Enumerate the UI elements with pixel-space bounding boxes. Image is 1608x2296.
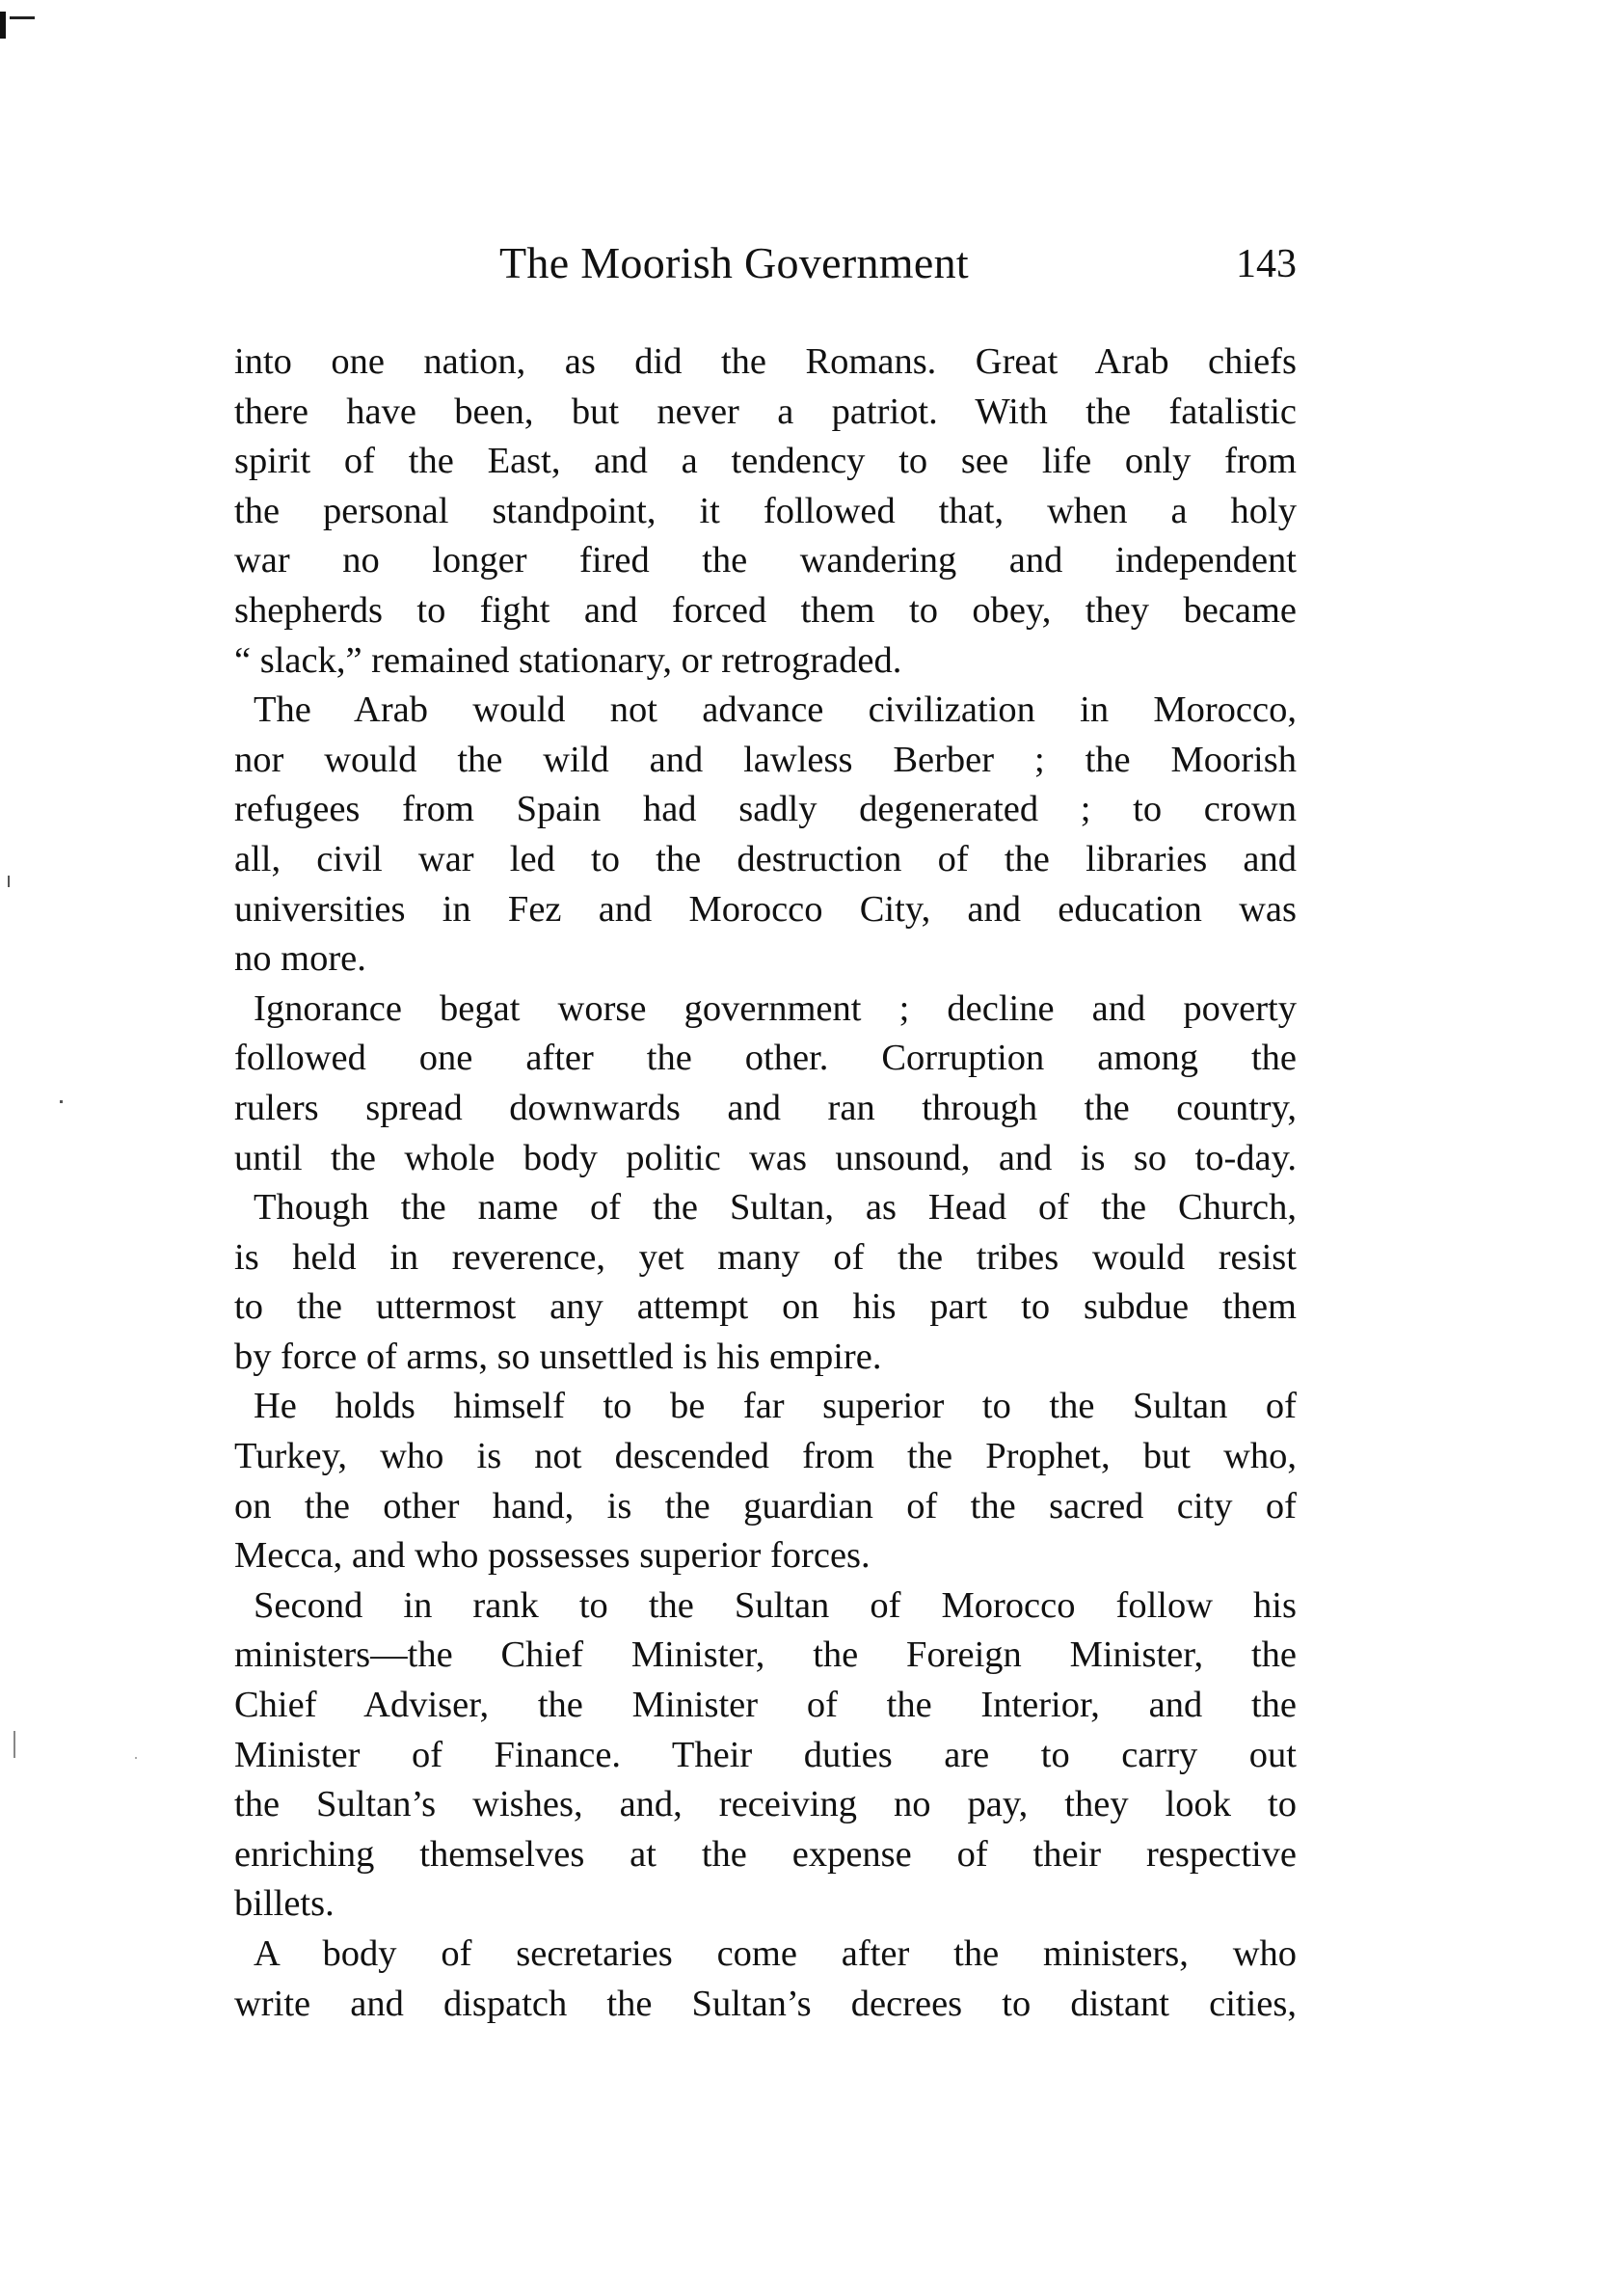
text-line: all, civil war led to the destruction of…: [234, 835, 1297, 885]
text-line: Ignorance begat worse government ; decli…: [234, 985, 1297, 1035]
text-line: rulers spread downwards and ran through …: [234, 1084, 1297, 1134]
text-line: “ slack,” remained stationary, or retrog…: [234, 636, 1297, 687]
text-line: ministers—the Chief Minister, the Foreig…: [234, 1631, 1297, 1681]
text-line: is held in reverence, yet many of the tr…: [234, 1233, 1297, 1283]
text-line: spirit of the East, and a tendency to se…: [234, 437, 1297, 487]
text-line: into one nation, as did the Romans. Grea…: [234, 338, 1297, 388]
text-line: Second in rank to the Sultan of Morocco …: [234, 1581, 1297, 1632]
running-title: The Moorish Government: [499, 237, 969, 288]
paragraph: Ignorance begat worse government ; decli…: [234, 985, 1297, 1183]
scan-speck: [60, 1100, 63, 1103]
scan-speck: [13, 1731, 15, 1758]
text-line: A body of secretaries come after the min…: [234, 1930, 1297, 1980]
paragraph: He holds himself to be far superior to t…: [234, 1382, 1297, 1580]
page-number: 143: [1236, 241, 1297, 287]
text-line: Chief Adviser, the Minister of the Inter…: [234, 1681, 1297, 1731]
scan-speck: [135, 1757, 137, 1759]
text-line: Minister of Finance. Their duties are to…: [234, 1731, 1297, 1781]
text-line: there have been, but never a patriot. Wi…: [234, 388, 1297, 438]
text-line: write and dispatch the Sultan’s decrees …: [234, 1980, 1297, 2030]
scan-speck: [8, 876, 10, 887]
text-line: enriching themselves at the expense of t…: [234, 1830, 1297, 1880]
body-text: into one nation, as did the Romans. Grea…: [234, 338, 1297, 2029]
paragraph: A body of secretaries come after the min…: [234, 1930, 1297, 2029]
paragraph: Though the name of the Sultan, as Head o…: [234, 1183, 1297, 1382]
text-line: Though the name of the Sultan, as Head o…: [234, 1183, 1297, 1233]
scan-corner-mark: [0, 12, 6, 39]
text-line: the Sultan’s wishes, and, receiving no p…: [234, 1780, 1297, 1830]
scan-corner-mark-rule: [10, 16, 35, 19]
text-line: refugees from Spain had sadly degenerate…: [234, 785, 1297, 835]
text-line: Mecca, and who possesses superior forces…: [234, 1531, 1297, 1581]
text-line: shepherds to fight and forced them to ob…: [234, 586, 1297, 636]
paragraph: into one nation, as did the Romans. Grea…: [234, 338, 1297, 686]
running-head: The Moorish Government 143: [234, 237, 1297, 295]
text-line: Turkey, who is not descended from the Pr…: [234, 1432, 1297, 1482]
text-line: until the whole body politic was unsound…: [234, 1134, 1297, 1184]
text-line: He holds himself to be far superior to t…: [234, 1382, 1297, 1432]
text-line: to the uttermost any attempt on his part…: [234, 1283, 1297, 1333]
text-line: billets.: [234, 1879, 1297, 1930]
text-line: nor would the wild and lawless Berber ; …: [234, 736, 1297, 786]
paragraph: Second in rank to the Sultan of Morocco …: [234, 1581, 1297, 1930]
text-line: on the other hand, is the guardian of th…: [234, 1482, 1297, 1532]
text-line: The Arab would not advance civilization …: [234, 686, 1297, 736]
text-line: by force of arms, so unsettled is his em…: [234, 1333, 1297, 1383]
text-line: war no longer fired the wandering and in…: [234, 536, 1297, 586]
text-line: no more.: [234, 934, 1297, 985]
paragraph: The Arab would not advance civilization …: [234, 686, 1297, 985]
text-line: the personal standpoint, it followed tha…: [234, 487, 1297, 537]
text-line: followed one after the other. Corruption…: [234, 1034, 1297, 1084]
text-line: universities in Fez and Morocco City, an…: [234, 885, 1297, 935]
